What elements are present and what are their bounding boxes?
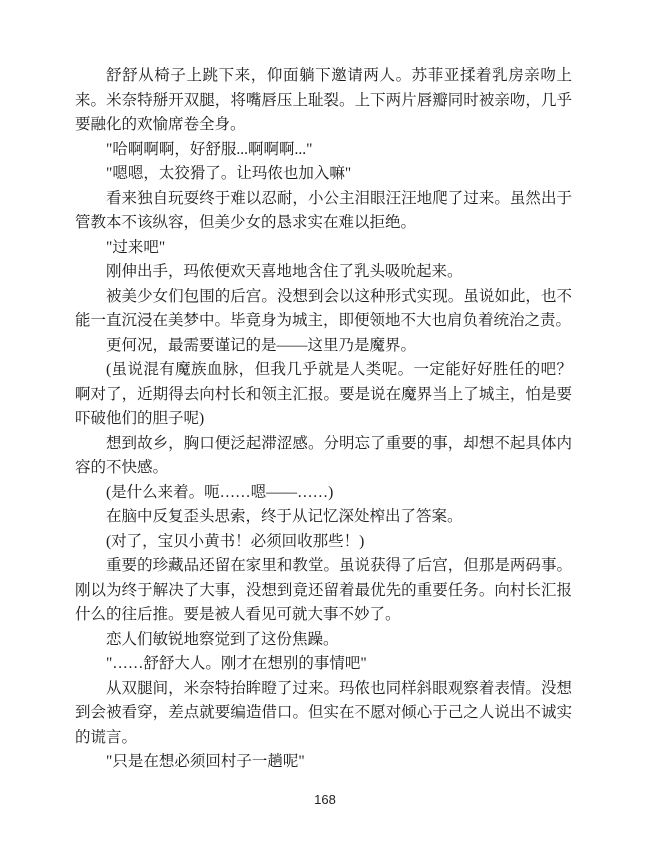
paragraph: 被美少女们包围的后宫。没想到会以这种形式实现。虽说如此，也不能一直沉浸在美梦中。… bbox=[75, 285, 572, 334]
paragraph: 重要的珍藏品还留在家里和教堂。虽说获得了后宫，但那是两码事。刚以为终于解决了大事… bbox=[75, 554, 572, 628]
dialogue-paragraph: "……舒舒大人。刚才在想别的事情吧" bbox=[75, 652, 572, 677]
page-number: 168 bbox=[0, 792, 650, 807]
thought-paragraph: (虽说混有魔族血脉，但我几乎就是人类呢。一定能好好胜任的吧？啊对了，近期得去向村… bbox=[75, 358, 572, 432]
dialogue-paragraph: "哈啊啊啊，好舒服...啊啊啊..." bbox=[75, 138, 572, 163]
document-page: 舒舒从椅子上跳下来，仰面躺下邀请两人。苏菲亚揉着乳房亲吻上来。米奈特掰开双腿，将… bbox=[75, 64, 572, 775]
paragraph: 看来独自玩耍终于难以忍耐，小公主泪眼汪汪地爬了过来。虽然出于管教本不该纵容，但美… bbox=[75, 187, 572, 236]
paragraph: 想到故乡，胸口便泛起滞涩感。分明忘了重要的事，却想不起具体内容的不快感。 bbox=[75, 432, 572, 481]
paragraph: 从双腿间，米奈特抬眸瞪了过来。玛侬也同样斜眼观察着表情。没想到会被看穿，差点就要… bbox=[75, 677, 572, 751]
paragraph: 恋人们敏锐地察觉到了这份焦躁。 bbox=[75, 628, 572, 653]
dialogue-paragraph: "只是在想必须回村子一趟呢" bbox=[75, 750, 572, 775]
thought-paragraph: (对了，宝贝小黄书！必须回收那些！) bbox=[75, 530, 572, 555]
paragraph: 刚伸出手，玛侬便欢天喜地地含住了乳头吸吮起来。 bbox=[75, 260, 572, 285]
thought-paragraph: (是什么来着。呃……嗯——……) bbox=[75, 481, 572, 506]
dialogue-paragraph: "过来吧" bbox=[75, 236, 572, 261]
dialogue-paragraph: "嗯嗯，太狡猾了。让玛侬也加入嘛" bbox=[75, 162, 572, 187]
paragraph: 在脑中反复歪头思索，终于从记忆深处榨出了答案。 bbox=[75, 505, 572, 530]
paragraph: 更何况，最需要谨记的是——这里乃是魔界。 bbox=[75, 334, 572, 359]
paragraph: 舒舒从椅子上跳下来，仰面躺下邀请两人。苏菲亚揉着乳房亲吻上来。米奈特掰开双腿，将… bbox=[75, 64, 572, 138]
